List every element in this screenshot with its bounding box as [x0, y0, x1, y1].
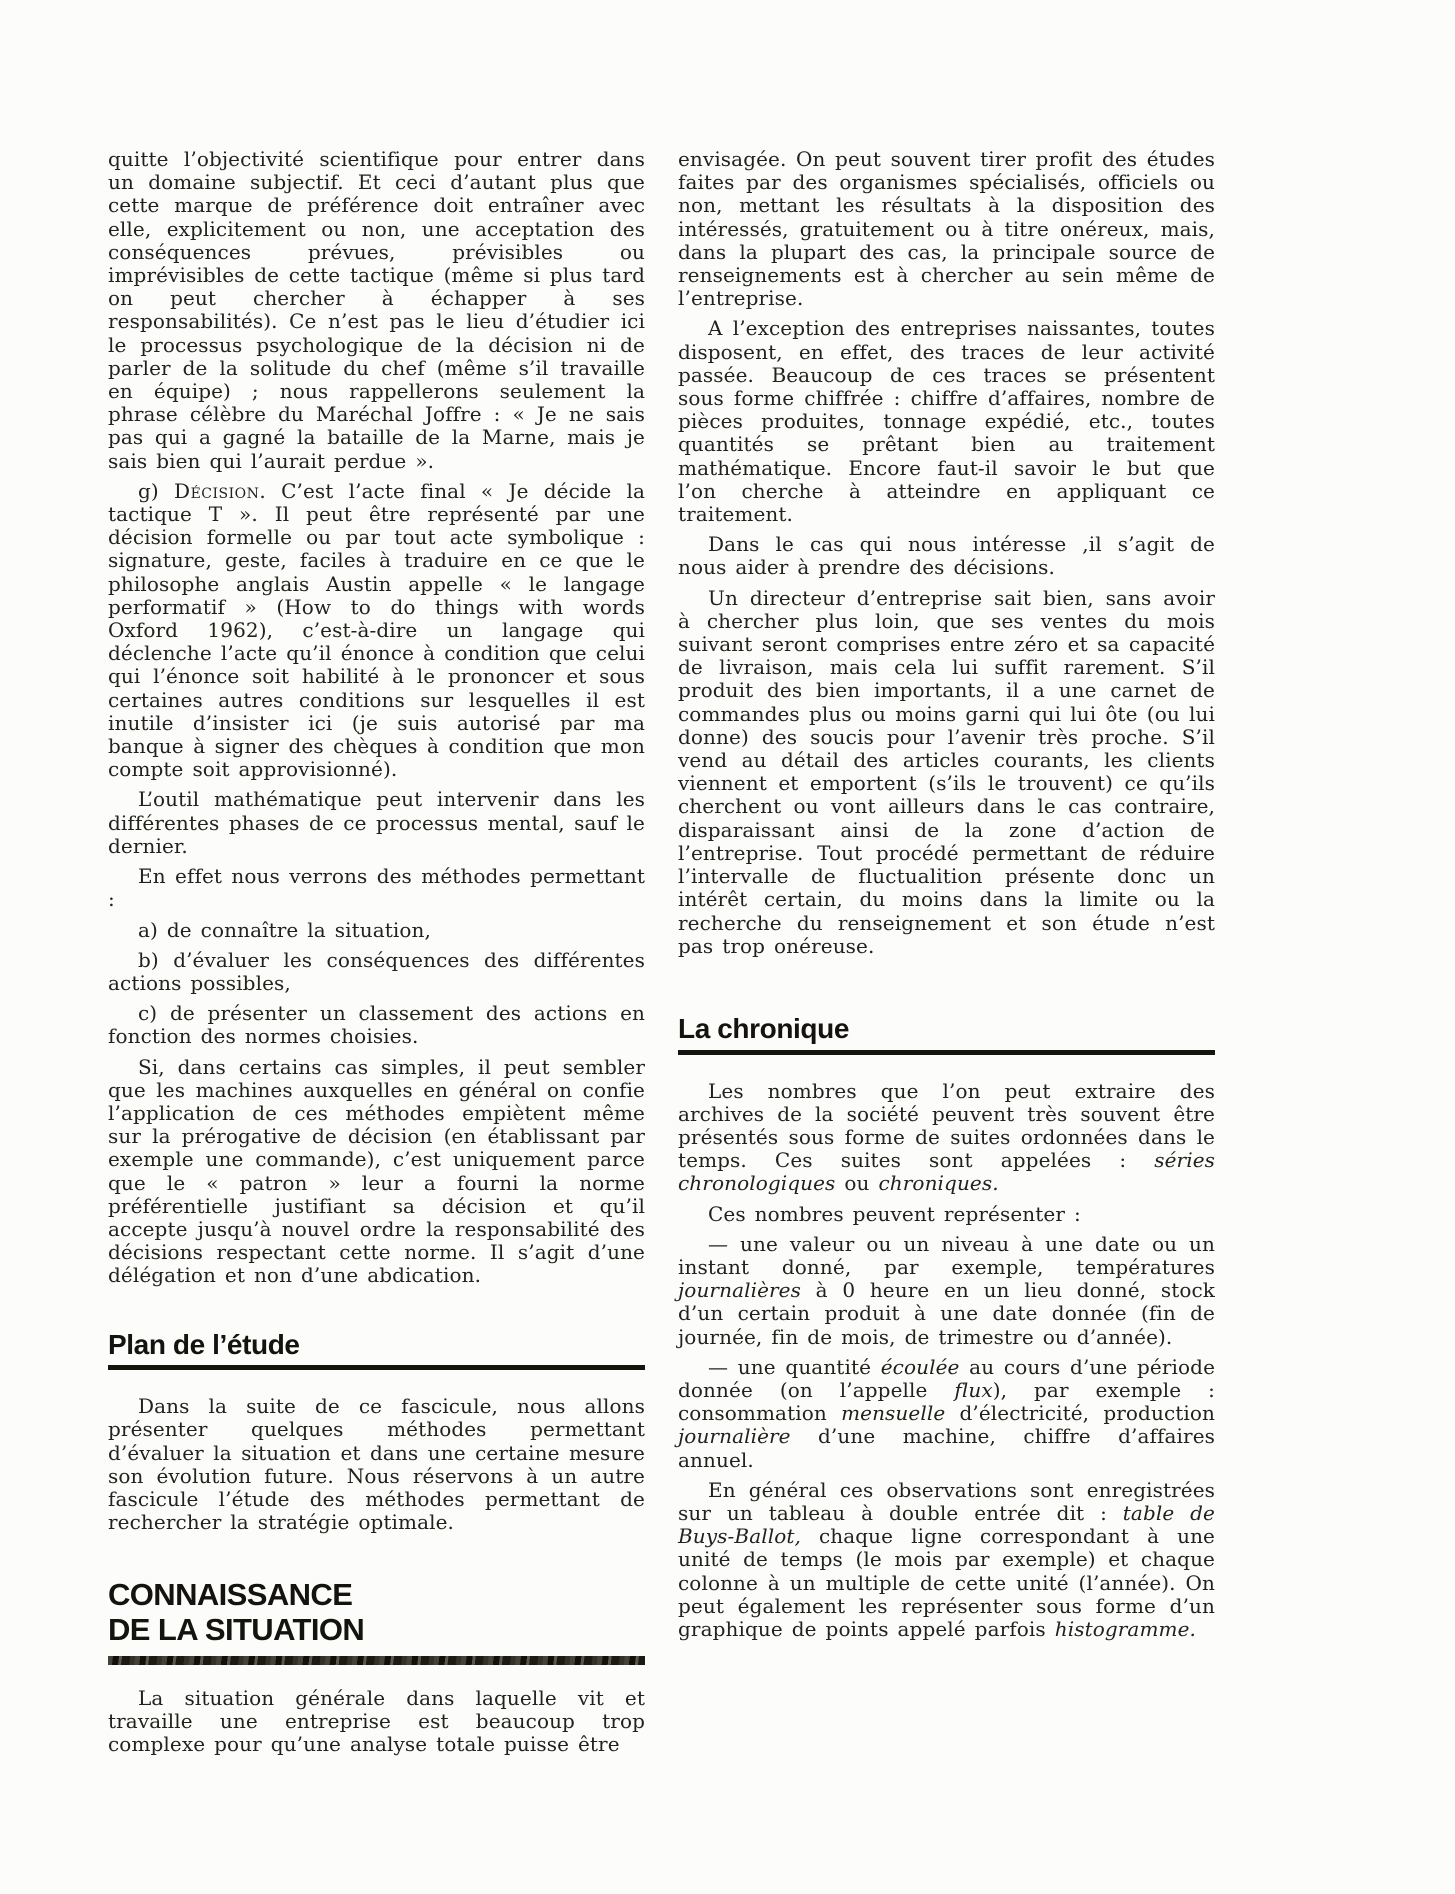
paragraph: Les nombres que l’on peut extraire des a… [678, 1080, 1215, 1196]
scanned-page: quitte l’objectivité scientifique pour e… [0, 0, 1455, 1894]
paragraph: En effet nous verrons des méthodes perme… [108, 865, 645, 911]
paragraph: A l’exception des entreprises naissantes… [678, 317, 1215, 526]
italic-text: chroniques. [878, 1171, 998, 1195]
paragraph: Ces nombres peuvent représenter : [678, 1203, 1215, 1226]
italic-text: histogramme. [1055, 1617, 1196, 1641]
italic-text: mensuelle [841, 1401, 945, 1425]
italic-text: journalière [678, 1424, 791, 1448]
paragraph: En général ces observations sont enregis… [678, 1479, 1215, 1641]
paragraph: La situation générale dans laquelle vit … [108, 1687, 645, 1757]
right-column: envisagée. On peut souvent tirer profit … [678, 148, 1215, 1763]
left-column: quitte l’objectivité scientifique pour e… [108, 148, 645, 1763]
section-connaissance-de-la-situation: CONNAISSANCEDE LA SITUATION [108, 1578, 645, 1664]
heading-rule [108, 1656, 645, 1665]
paragraph: Un directeur d’entreprise sait bien, san… [678, 587, 1215, 958]
section-plan-de-l-etude: Plan de l’étude [108, 1330, 645, 1371]
italic-text: écoulée [881, 1355, 960, 1379]
paragraph: Dans le cas qui nous intéresse ,il s’agi… [678, 533, 1215, 579]
heading-rule [678, 1050, 1215, 1055]
heading-rule [108, 1365, 645, 1370]
section-la-chronique: La chronique [678, 1014, 1215, 1055]
list-item: — une quantité écoulée au cours d’une pé… [678, 1356, 1215, 1472]
section-heading: La chronique [678, 1014, 1215, 1044]
italic-text: table de Buys-Ballot, [678, 1501, 1215, 1548]
text-block: quitte l’objectivité scientifique pour e… [108, 148, 1215, 1763]
paragraph: L’outil mathématique peut intervenir dan… [108, 788, 645, 858]
list-item: c) de présenter un classement des action… [108, 1002, 645, 1048]
paragraph: quitte l’objectivité scientifique pour e… [108, 148, 645, 473]
paragraph: Dans la suite de ce fascicule, nous allo… [108, 1395, 645, 1534]
paragraph: envisagée. On peut souvent tirer profit … [678, 148, 1215, 310]
list-item: a) de connaître la situation, [108, 919, 645, 942]
italic-text: journalières [678, 1278, 801, 1302]
list-item: b) d’évaluer les conséquences des différ… [108, 949, 645, 995]
paragraph: Si, dans certains cas simples, il peut s… [108, 1056, 645, 1288]
small-caps-text: Décision [174, 479, 259, 503]
paragraph: g) Décision. C’est l’acte final « Je déc… [108, 480, 645, 782]
section-heading: DE LA SITUATION [108, 1613, 645, 1647]
section-heading: Plan de l’étude [108, 1330, 645, 1360]
list-item: — une valeur ou un niveau à une date ou … [678, 1233, 1215, 1349]
section-heading: CONNAISSANCE [108, 1578, 645, 1612]
italic-text: flux [954, 1378, 992, 1402]
